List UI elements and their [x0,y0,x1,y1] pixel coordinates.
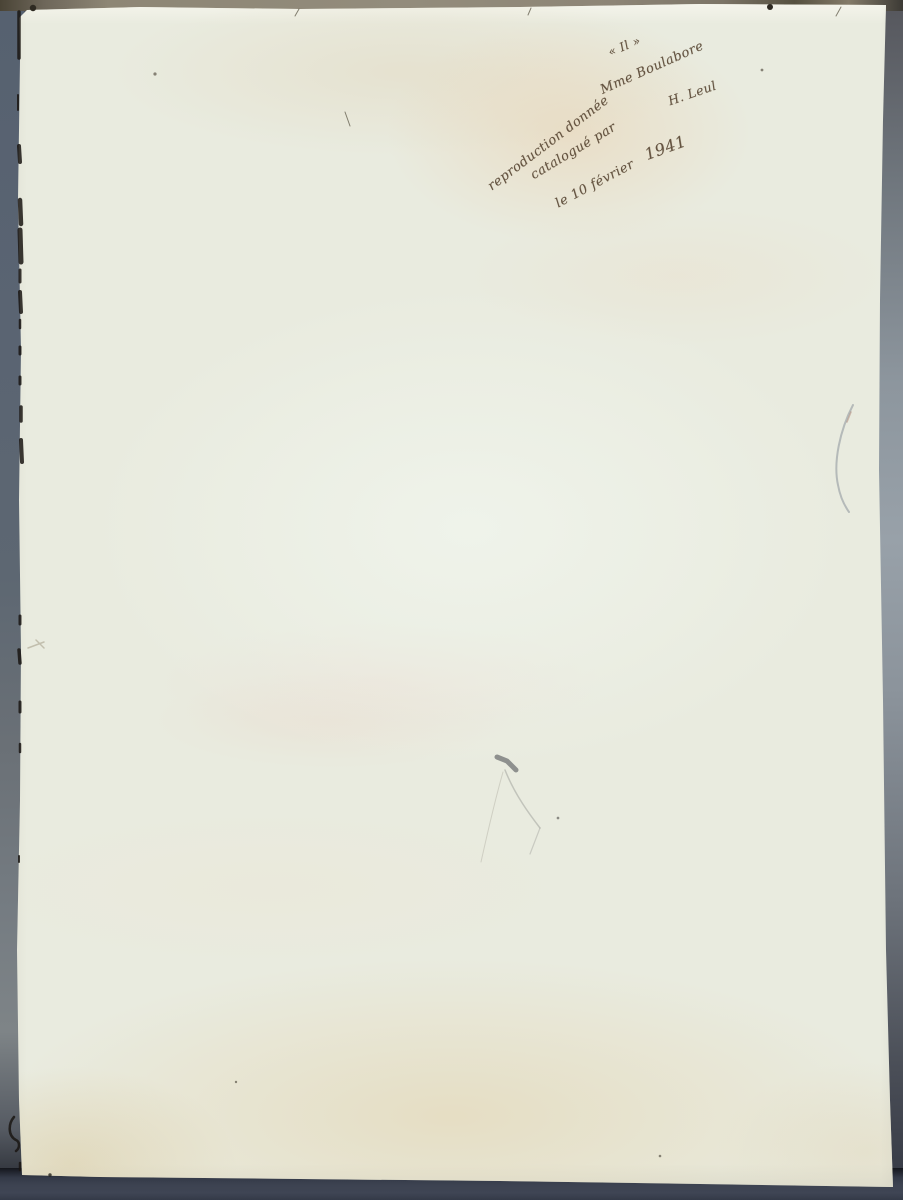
paper-sheet [0,0,903,1200]
photograph-of-paper-verso: reproduction donnée « Il » catalogué par… [0,0,903,1200]
